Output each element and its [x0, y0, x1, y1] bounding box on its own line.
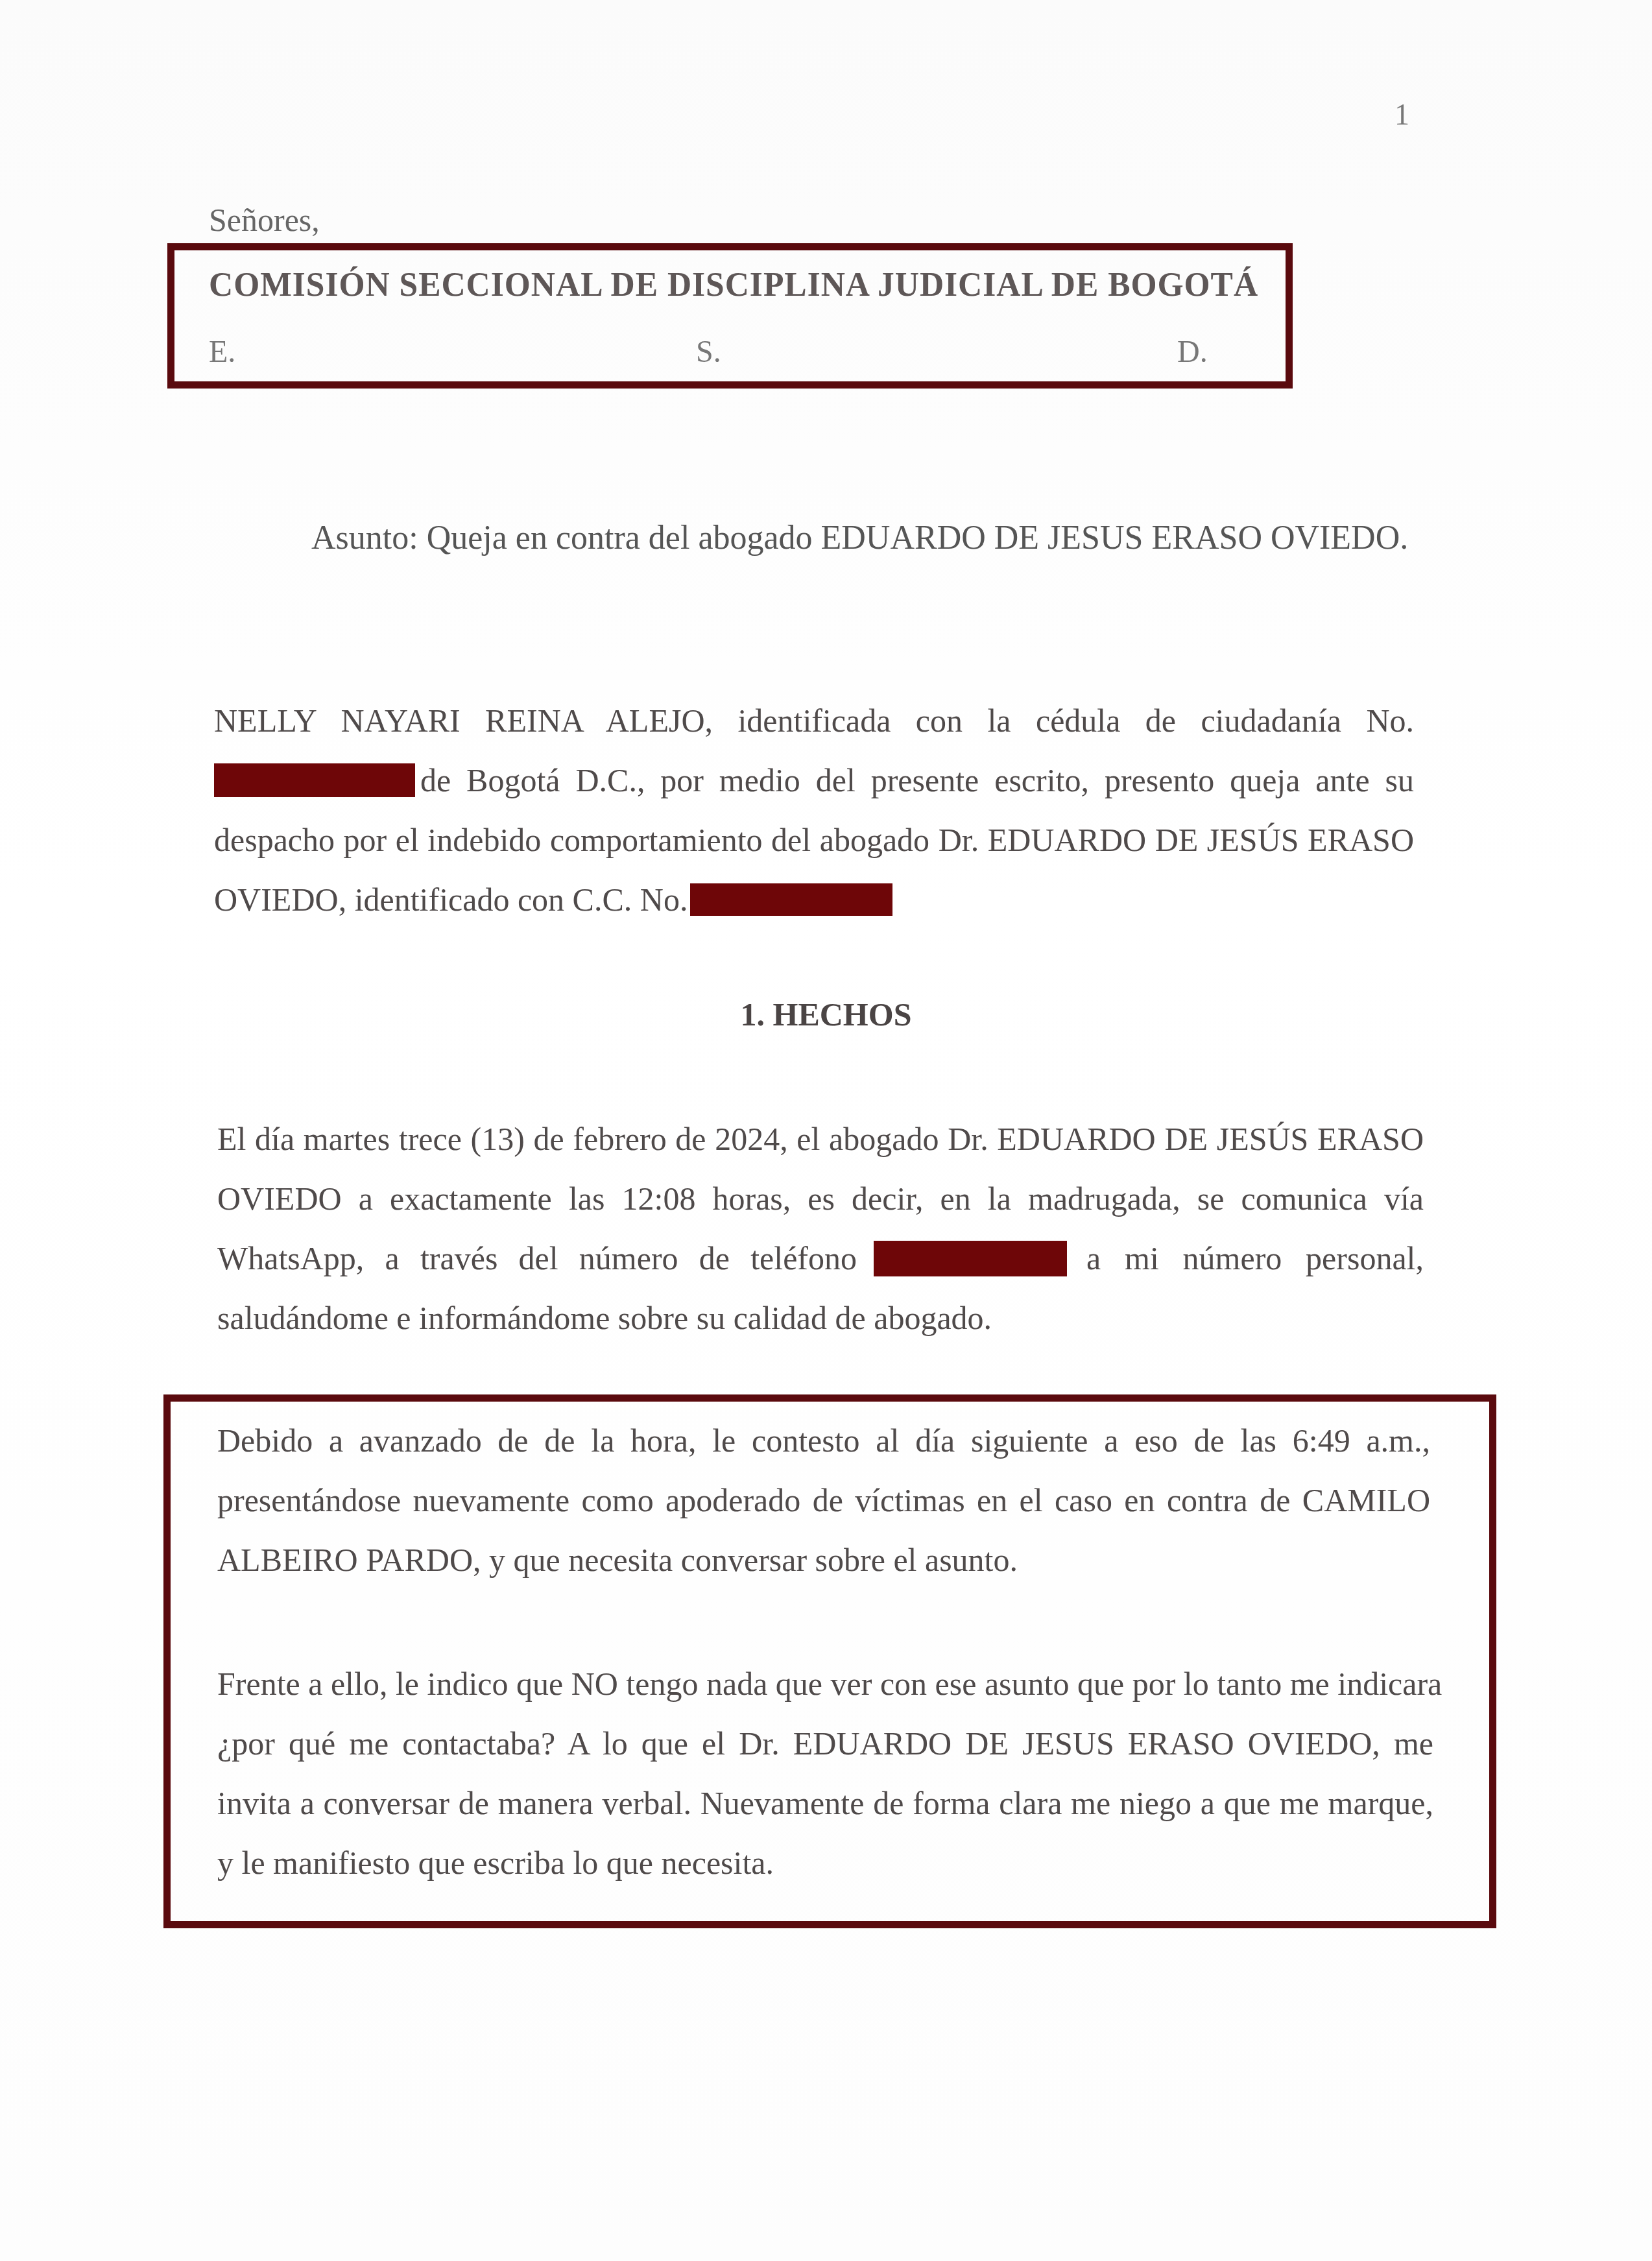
hechos-p1-line-4: saludándome e informándome sobre su cali… [217, 1288, 1424, 1348]
hechos-p1-line-3-before: WhatsApp, a través del número de teléfon… [217, 1228, 857, 1288]
redaction-cedula [214, 763, 415, 797]
addressee-e: E. [209, 334, 235, 370]
hechos-p2-line-2: presentándose nuevamente como apoderado … [217, 1470, 1430, 1530]
section-heading-hechos: 1. HECHOS [0, 996, 1652, 1033]
hechos-p3-line-2: ¿por qué me contactaba? A lo que el Dr. … [217, 1714, 1433, 1773]
addressee-name: COMISIÓN SECCIONAL DE DISCIPLINA JUDICIA… [209, 266, 1258, 304]
page-number: 1 [1395, 97, 1409, 132]
hechos-paragraph-3: Frente a ello, le indico que NO tengo na… [217, 1654, 1433, 1893]
hechos-paragraph-1: El día martes trece (13) de febrero de 2… [217, 1109, 1424, 1348]
redaction-cc [690, 883, 892, 916]
intro-line-4-text: OVIEDO, identificado con C.C. No. [214, 870, 688, 929]
intro-line-2: de Bogotá D.C., por medio del presente e… [214, 750, 1414, 810]
intro-line-2-text: de Bogotá D.C., por medio del presente e… [420, 750, 1414, 810]
hechos-p2-line-1: Debido a avanzado de de la hora, le cont… [217, 1411, 1430, 1470]
hechos-p1-line-3-after: a mi número personal, [1086, 1228, 1424, 1288]
intro-line-1: NELLY NAYARI REINA ALEJO, identificada c… [214, 691, 1414, 750]
addressee-d: D. [1177, 334, 1208, 370]
hechos-p3-line-3: invita a conversar de manera verbal. Nue… [217, 1773, 1433, 1833]
hechos-p1-line-3: WhatsApp, a través del número de teléfon… [217, 1228, 1424, 1288]
redaction-phone [874, 1241, 1067, 1276]
hechos-p1-line-2: OVIEDO a exactamente las 12:08 horas, es… [217, 1169, 1424, 1228]
intro-line-4: OVIEDO, identificado con C.C. No. [214, 870, 1414, 929]
hechos-p1-line-1: El día martes trece (13) de febrero de 2… [217, 1109, 1424, 1169]
intro-paragraph: NELLY NAYARI REINA ALEJO, identificada c… [214, 691, 1414, 929]
hechos-p3-line-4: y le manifiesto que escriba lo que neces… [217, 1833, 1433, 1893]
subject-line: Asunto: Queja en contra del abogado EDUA… [311, 519, 1408, 557]
addressee-highlight-frame [167, 243, 1293, 389]
addressee-s: S. [696, 334, 721, 370]
salutation: Señores, [209, 201, 320, 239]
document-page: 1 Señores, COMISIÓN SECCIONAL DE DISCIPL… [0, 0, 1652, 2261]
hechos-p3-line-1: Frente a ello, le indico que NO tengo na… [217, 1654, 1433, 1714]
intro-line-3: despacho por el indebido comportamiento … [214, 810, 1414, 870]
hechos-paragraph-2: Debido a avanzado de de la hora, le cont… [217, 1411, 1430, 1590]
hechos-p2-line-3: ALBEIRO PARDO, y que necesita conversar … [217, 1530, 1430, 1590]
